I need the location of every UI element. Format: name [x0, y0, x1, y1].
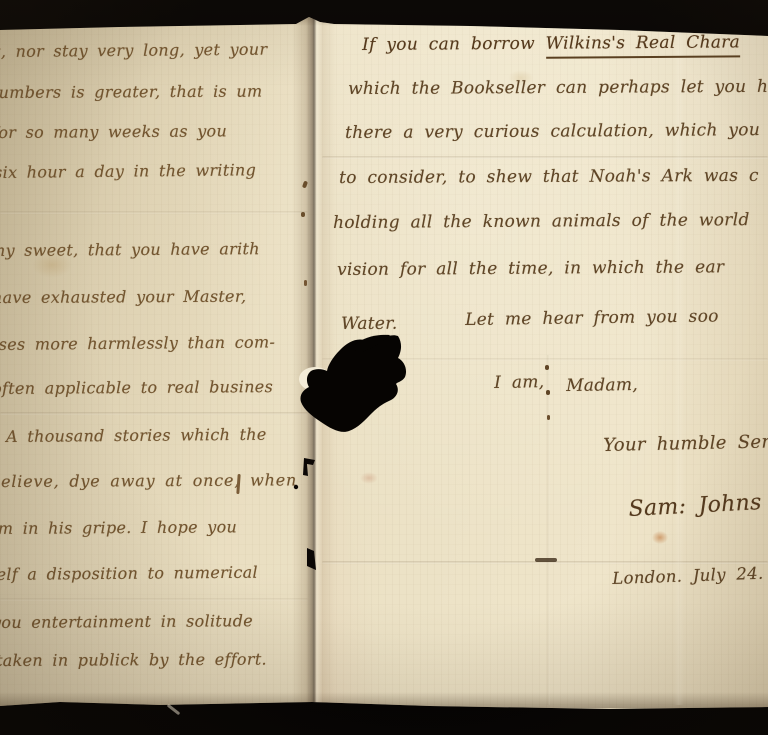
closing-request-line: Let me hear from you soo	[465, 307, 719, 330]
ink-speck	[546, 390, 550, 395]
manuscript-line: t, nor stay very long, yet your	[0, 41, 267, 62]
crease-line	[0, 412, 308, 415]
manuscript-line: taken in publick by the effort.	[0, 651, 267, 671]
crease-line	[322, 156, 768, 159]
manuscript-line: which the Bookseller can perhaps let you…	[348, 78, 768, 100]
manuscript-line: there a very curious calculation, which …	[345, 121, 768, 144]
letter-paper: t, nor stay very long, yet your numbers …	[0, 0, 768, 735]
manuscript-line: for so many weeks as you	[0, 122, 227, 142]
ink-dash	[535, 558, 557, 562]
manuscript-line: have exhausted your Master,	[0, 288, 246, 308]
manuscript-line: If you can borrow Wilkins's Real Chara	[362, 33, 740, 55]
top-edge-shadow	[0, 14, 768, 26]
manuscript-line: believe, dye away at once, when	[0, 471, 297, 491]
underlined-book-title: Wilkins's Real Chara	[546, 32, 741, 58]
right-page-shading	[314, 0, 768, 735]
manuscript-line: to consider, to shew that Noah's Ark was…	[339, 167, 759, 189]
bottom-edge-shadow	[0, 692, 768, 708]
valediction-servant: Your humble Serv	[603, 432, 768, 456]
valediction-i-am: I am,	[494, 373, 545, 393]
manuscript-line: A thousand stories which the	[6, 426, 267, 447]
ink-speck	[304, 280, 307, 286]
crease-line	[322, 358, 768, 361]
dateline: London. July 24. 17	[612, 564, 768, 589]
scratch-mark	[167, 704, 181, 716]
line-fragment: If you can borrow	[362, 34, 546, 55]
manuscript-line: my sweet, that you have arith	[0, 240, 260, 260]
manuscript-line: self a disposition to numerical	[0, 564, 258, 585]
manuscript-line: uses more harmlessly than com-	[0, 333, 275, 354]
manuscript-line: you entertainment in solitude	[0, 612, 253, 632]
manuscript-line: numbers is greater, that is um	[0, 83, 262, 103]
manuscript-line: often applicable to real busines	[0, 378, 273, 398]
manuscript-line: em in his gripe. I hope you	[0, 518, 237, 538]
ink-speck	[545, 365, 549, 370]
ink-speck	[547, 415, 550, 420]
paper-stain	[360, 472, 378, 484]
crease-line	[0, 598, 308, 601]
photo-stage: t, nor stay very long, yet your numbers …	[0, 0, 768, 735]
center-fold	[292, 16, 336, 708]
signature: Sam: Johns	[628, 490, 762, 522]
manuscript-line: six hour a day in the writing	[0, 161, 256, 182]
crease-line	[0, 211, 308, 214]
manuscript-line: Water.	[341, 315, 398, 335]
paper-stain	[652, 531, 668, 544]
ink-speck	[302, 181, 308, 189]
valediction-madam: Madam,	[566, 376, 638, 397]
crease-line	[547, 355, 550, 705]
ink-speck	[301, 212, 305, 217]
manuscript-line: vision for all the time, in which the ea…	[337, 258, 724, 280]
manuscript-line: holding all the known animals of the wor…	[333, 211, 750, 233]
